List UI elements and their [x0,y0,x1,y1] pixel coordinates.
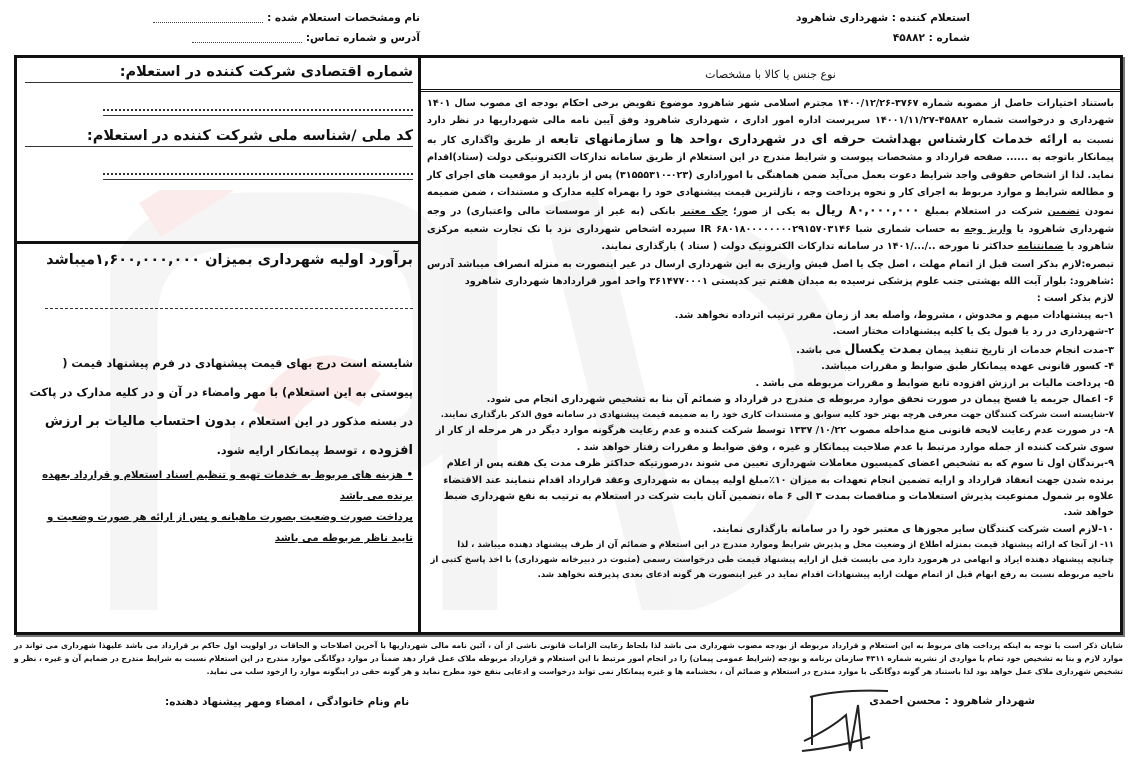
bullet-costs: • هزینه های مربوط به خدمات تهیه و تنظیم … [25,465,413,507]
mayor-signature-label: شهردار شاهرود : محسن احمدی [869,695,1035,707]
bullet-costs-text: هزینه های مربوط به خدمات تهیه و تنظیم اس… [42,470,413,502]
deadline-text: حداکثر تا مورخه ../.../۱۴۰۱ در سامانه تد… [601,241,1014,252]
bidder-signature-label: نام ونام خانوادگی ، امضاء ومهر پیشنهاد د… [165,696,409,708]
duration-text: بمدت یکسال [844,341,921,356]
bidder-ids-box: شماره اقتصادی شرکت کننده در استعلام: کد … [17,58,421,244]
list-item: ۳-مدت انجام خدمات از تاریخ تنفیذ پیمان ب… [427,341,1114,359]
header-inquired: نام ومشخصات استعلام شده : آدرس و شماره ت… [60,8,420,48]
list-item: ۴- کسور قانونی عهده پیمانکار طبق ضوابط و… [427,359,1114,375]
estimate-box: برآورد اولیه شهرداری بمیزان ۱,۶۰۰,۰۰۰,۰۰… [17,244,421,549]
signature-icon [800,685,890,755]
amount-prefix: شرکت در استعلام بمبلغ [925,206,1043,217]
note-paragraph: تبصره:لازم بذکر است قبل از اتمام مهلت ، … [427,256,1114,291]
inquiry-number: شماره : ۴۵۸۸۲ [796,28,970,48]
divider [103,179,413,180]
check-text: چک معتبر [681,206,728,217]
bond-text: ضمانتنامه [1017,241,1063,252]
header-inquirer: استعلام کننده : شهرداری شاهرود شماره : ۴… [796,8,970,48]
list-item: ۱۰-لازم است شرکت کنندگان سایر مجوزها ی م… [427,522,1114,538]
dashed-divider [45,308,413,309]
list-item: ۷-شایسته است شرکت کنندگان جهت معرفی هرچه… [427,408,1114,423]
deposit-text: واریز وجه [964,224,1012,235]
specifications-column: نوع جنس یا کالا با مشخصات باستناد اختیار… [418,58,1120,632]
item3-text: ۳-مدت انجام خدمات از تاریخ تنفیذ پیمان [925,345,1114,356]
address-label: آدرس و شماره تماس: [306,32,420,44]
estimate-text: برآورد اولیه شهرداری بمیزان ۱,۶۰۰,۰۰۰,۰۰… [25,252,413,268]
column-title: نوع جنس یا کالا با مشخصات [421,58,1120,92]
conditions-list: ۱-به پیشنهادات مبهم و مخدوش ، مشروط، واص… [421,308,1120,583]
divider [103,115,413,116]
list-item: ۲-شهرداری در رد یا قبول یک یا کلیه پیشنه… [427,324,1114,340]
main-table: نوع جنس یا کالا با مشخصات باستناد اختیار… [14,55,1123,635]
economic-code-field[interactable] [103,101,413,111]
list-item: ۵- پرداخت مالیات بر ارزش افزوده تابع ضوا… [427,376,1114,392]
national-id-field[interactable] [103,165,413,175]
bullet-payment: پرداخت صورت وضعیت بصورت ماهیانه و پس از … [25,507,413,549]
pricing-tail: ، توسط پیمانکار ارایه شود. [217,444,366,457]
list-item: ۸- در صورت عدم رعایت لایحه قانونی منع مد… [427,423,1114,456]
service-title: ارائه خدمات کارشناس بهداشت حرفه ای در شه… [550,131,1067,146]
inquirer-label: استعلام کننده : شهرداری شاهرود [796,8,970,28]
guarantee-text: تضمین [1048,206,1080,217]
bidder-info-column: شماره اقتصادی شرکت کننده در استعلام: کد … [17,58,421,632]
forms-text: به یکی از صور؛ [733,206,810,217]
pricing-instructions: شایسته است درج بهای قیمت پیشنهادی در فرم… [25,349,413,465]
footer-note: شایان ذکر است با توجه به اینکه پرداخت ها… [14,639,1123,678]
list-item: ۱-به پیشنهادات مبهم و مخدوش ، مشروط، واص… [427,308,1114,324]
list-item: ۶- اعمال جریمه یا فسخ پیمان در صورت تحقق… [427,392,1114,408]
required-heading: لازم بذکر است : [427,290,1114,307]
national-id-label: کد ملی /شناسه ملی شرکت کننده در استعلام: [25,128,413,147]
item3-tail: می باشد. [796,345,841,356]
guarantee-amount: ۸۰,۰۰۰,۰۰۰ ریال [815,202,919,217]
address-field[interactable] [192,33,302,43]
economic-code-label: شماره اقتصادی شرکت کننده در استعلام: [25,64,413,83]
main-text: باستناد اختیارات حاصل از مصوبه شماره ۳۷۶… [421,92,1120,308]
inquired-name-field[interactable] [153,13,263,23]
list-item: ۹-برندگان اول تا سوم که به تشخیص اعضای ک… [427,456,1114,522]
document-page: استعلام کننده : شهرداری شاهرود شماره : ۴… [0,0,1135,762]
inquired-name-label: نام ومشخصات استعلام شده : [267,12,420,24]
list-item: ۱۱- از آنجا که ارائه پیشنهاد قیمت بمنزله… [427,538,1114,583]
